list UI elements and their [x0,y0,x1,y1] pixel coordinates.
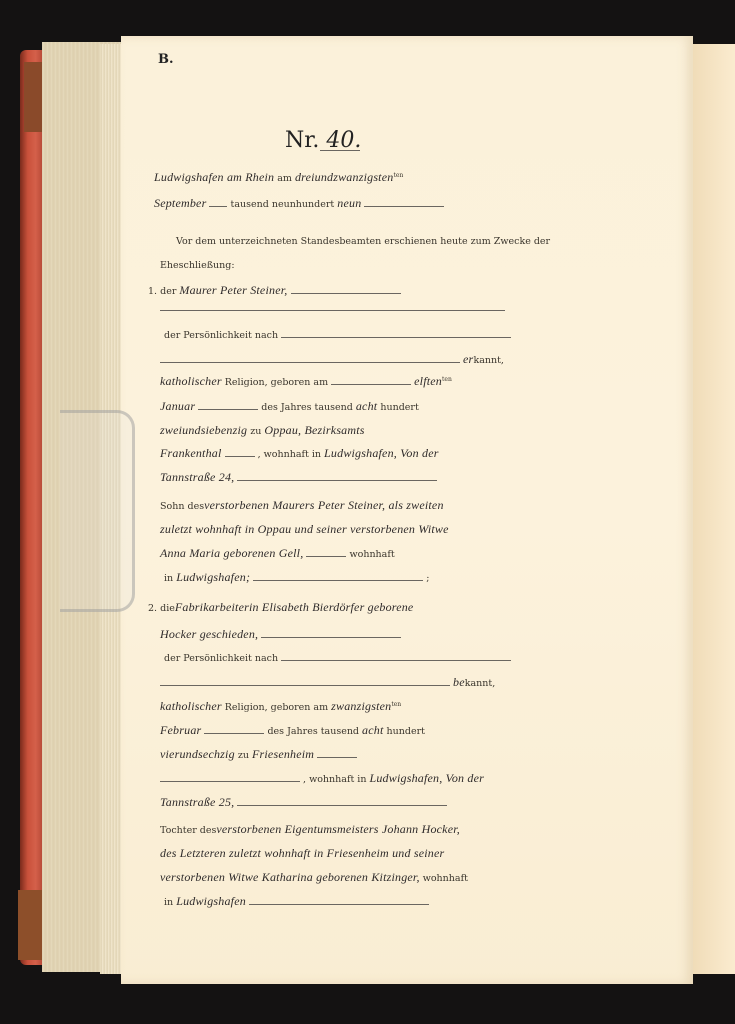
groom-parents-line-3: Anna Maria geborenen Gell, wohnhaft [160,546,512,566]
groom-birth-month: Januar [160,399,195,413]
year: neun [337,196,361,210]
bride-address: Tannstraße 25, [160,795,234,809]
header-date-line: September tausend neunhundert neun [154,196,506,216]
bride-name-line-2: Hocker geschieden, [160,627,512,647]
bride-birth-day: zwanzigsten [331,699,391,713]
bride-birth-month: Februar [160,723,201,737]
bride-birth-line: Februar des Jahres tausend acht hundert [160,723,512,743]
groom-birthplace: Oppau, Bezirksamts [264,423,364,437]
facing-page [692,44,735,974]
groom-parents-line-2: zuletzt wohnhaft in Oppau und seiner ver… [160,522,512,542]
bride-residence: Ludwigshafen, Von der [369,771,484,785]
day: dreiundzwanzigsten [295,170,394,184]
groom-address: Tannstraße 24, [160,470,234,484]
bride-birthplace-line: vierundsechzig zu Friesenheim [160,747,512,767]
groom-residence: Ludwigshafen, Von der [324,446,439,460]
groom-known-line: erkannt, [160,352,512,372]
page-clip [60,410,135,612]
groom-religion: katholischer [160,374,222,388]
bride-residence-line: , wohnhaft in Ludwigshafen, Von der [160,771,512,791]
groom-birth-line: Januar des Jahres tausend acht hundert [160,399,512,419]
month: September [154,196,206,210]
header-place-line: Ludwigshafen am Rhein am dreiundzwanzigs… [154,170,506,190]
groom-name: Maurer Peter Steiner, [179,283,287,297]
bride-religion-line: katholischer Religion, geboren am zwanzi… [160,699,512,719]
bride-parents-line-3: verstorbenen Witwe Katharina geborenen K… [160,870,512,890]
groom-birth-day: elften [414,374,442,388]
groom-name-line: 1. der Maurer Peter Steiner, [148,283,500,303]
bride-known-line: bekannt, [160,675,512,695]
place: Ludwigshafen am Rhein [154,170,274,184]
groom-parents-residence-line: in Ludwigshafen; ; [164,570,516,590]
bride-identity-line: der Persönlichkeit nach [164,651,516,671]
groom-address-line: Tannstraße 24, [160,470,512,490]
groom-birth-year: zweiundsiebenzig [160,423,247,437]
bride-parents-line-2: des Letzteren zuletzt wohnhaft in Friese… [160,846,512,866]
groom-residence-line: Frankenthal , wohnhaft in Ludwigshafen, … [160,446,512,466]
bride-religion: katholischer [160,699,222,713]
intro-line-2: Eheschließung: [160,260,235,271]
rule [320,150,360,151]
bride-parents-line-1: Tochter desverstorbenen Eigentumsmeister… [160,822,512,842]
bride-name-line: 2. dieFabrikarbeiterin Elisabeth Bierdör… [148,600,500,620]
bride-address-line: Tannstraße 25, [160,795,512,815]
bride-birthplace: Friesenheim [252,747,314,761]
bride-birth-year: vierundsechzig [160,747,235,761]
bride-name: Fabrikarbeiterin Elisabeth Bierdörfer ge… [175,600,414,614]
spine-wear-top [24,62,44,132]
groom-identity-line: der Persönlichkeit nach [164,328,516,348]
groom-religion-line: katholischer Religion, geboren am elften… [160,374,512,394]
bride-parents-residence-line: in Ludwigshafen [164,894,516,914]
intro-line-1: Vor dem unterzeichneten Standesbeamten e… [176,236,550,247]
groom-birthplace-line: zweiundsiebenzig zu Oppau, Bezirksamts [160,423,512,443]
corner-label: B. [158,52,174,67]
groom-parents-line-1: Sohn desverstorbenen Maurers Peter Stein… [160,498,512,518]
